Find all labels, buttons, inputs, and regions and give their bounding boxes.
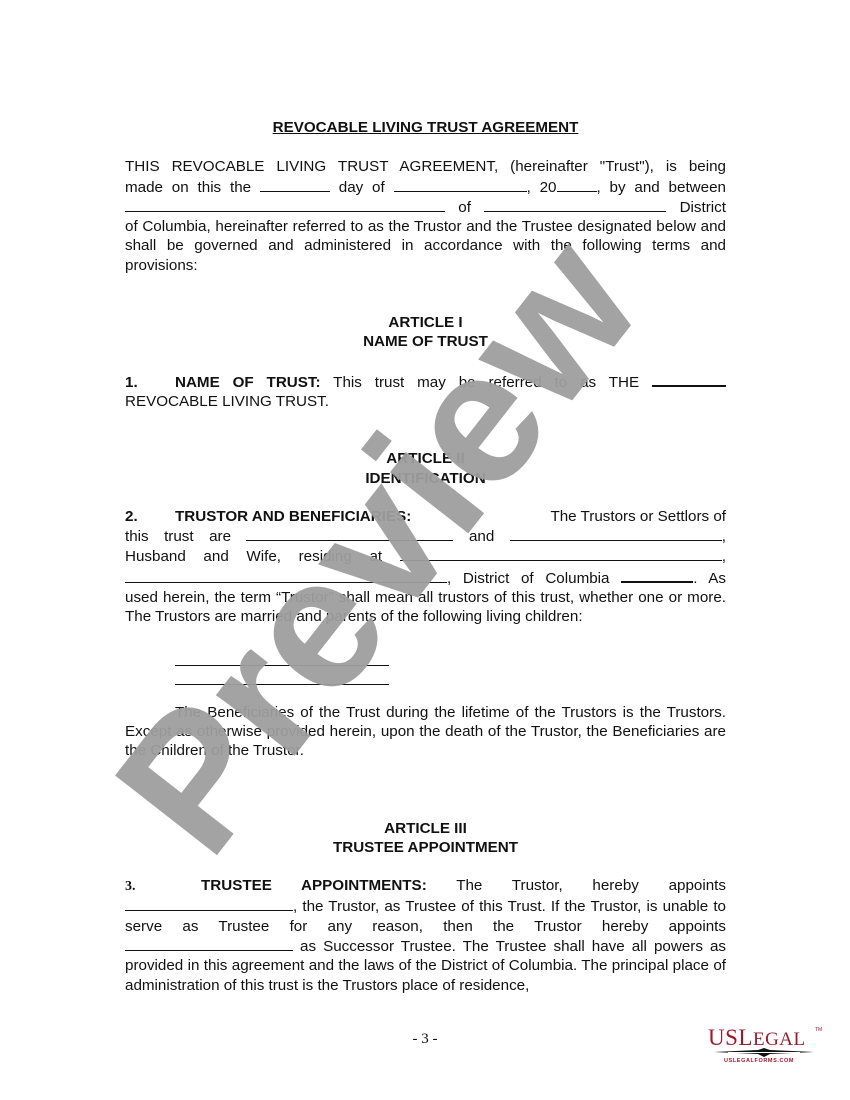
logo-trademark: TM — [815, 1027, 822, 1033]
residence-city-blank[interactable] — [125, 568, 447, 583]
party-name-blank[interactable] — [125, 197, 445, 212]
document-title: REVOCABLE LIVING TRUST AGREEMENT — [125, 118, 726, 137]
intro-paragraph: THIS REVOCABLE LIVING TRUST AGREEMENT, (… — [125, 157, 726, 275]
beneficiaries-paragraph: The Beneficiaries of the Trust during th… — [125, 703, 726, 761]
month-blank[interactable] — [394, 177, 527, 192]
section-3: 3.TRUSTEE APPOINTMENTS: The Trustor, her… — [125, 876, 726, 995]
eagle-wings-icon — [708, 1048, 820, 1058]
residence-blank[interactable] — [400, 546, 722, 561]
intro-line-1: THIS REVOCABLE LIVING TRUST AGREEMENT, (… — [125, 157, 726, 176]
article-2-subheading: IDENTIFICATION — [125, 469, 726, 488]
trust-name-blank[interactable] — [652, 371, 726, 387]
logo-url: USLEGALFORMS.COM — [724, 1058, 794, 1064]
article-3-subheading: TRUSTEE APPOINTMENT — [125, 838, 726, 857]
article-1-heading: ARTICLE I — [125, 313, 726, 332]
trustee-blank[interactable] — [125, 896, 293, 911]
section-3-label: TRUSTEE APPOINTMENTS: — [201, 877, 427, 894]
child-1-blank[interactable] — [175, 647, 389, 666]
day-blank[interactable] — [260, 177, 330, 192]
trustor-2-blank[interactable] — [510, 526, 722, 541]
article-3-heading: ARTICLE III — [125, 819, 726, 838]
year-blank[interactable] — [557, 177, 597, 192]
intro-line-3: of District — [125, 197, 726, 217]
section-2-number: 2. — [125, 507, 175, 526]
section-2: 2.TRUSTOR AND BENEFICIARIES:The Trustors… — [125, 507, 726, 627]
article-2-heading: ARTICLE II — [125, 449, 726, 468]
section-2-label: TRUSTOR AND BENEFICIARIES: — [175, 508, 411, 525]
uslegal-logo[interactable]: USLEGAL TM USLEGALFORMS.COM — [708, 1027, 820, 1067]
section-1-label: NAME OF TRUST: — [175, 374, 321, 391]
section-1: 1.NAME OF TRUST: This trust may be refer… — [125, 371, 726, 412]
intro-line-2: made on this the day of , 20, by and bet… — [125, 177, 726, 197]
section-3-number: 3. — [125, 877, 201, 896]
intro-rest: of Columbia, hereinafter referred to as … — [125, 218, 726, 274]
child-2-blank[interactable] — [175, 666, 389, 685]
zip-blank[interactable] — [621, 567, 693, 583]
trustor-1-blank[interactable] — [246, 526, 453, 541]
section-1-number: 1. — [125, 373, 175, 392]
party-location-blank[interactable] — [484, 197, 666, 212]
document-body: REVOCABLE LIVING TRUST AGREEMENT THIS RE… — [125, 118, 726, 995]
successor-trustee-blank[interactable] — [125, 936, 293, 951]
article-1-subheading: NAME OF TRUST — [125, 332, 726, 351]
document-page: REVOCABLE LIVING TRUST AGREEMENT THIS RE… — [0, 0, 850, 1100]
